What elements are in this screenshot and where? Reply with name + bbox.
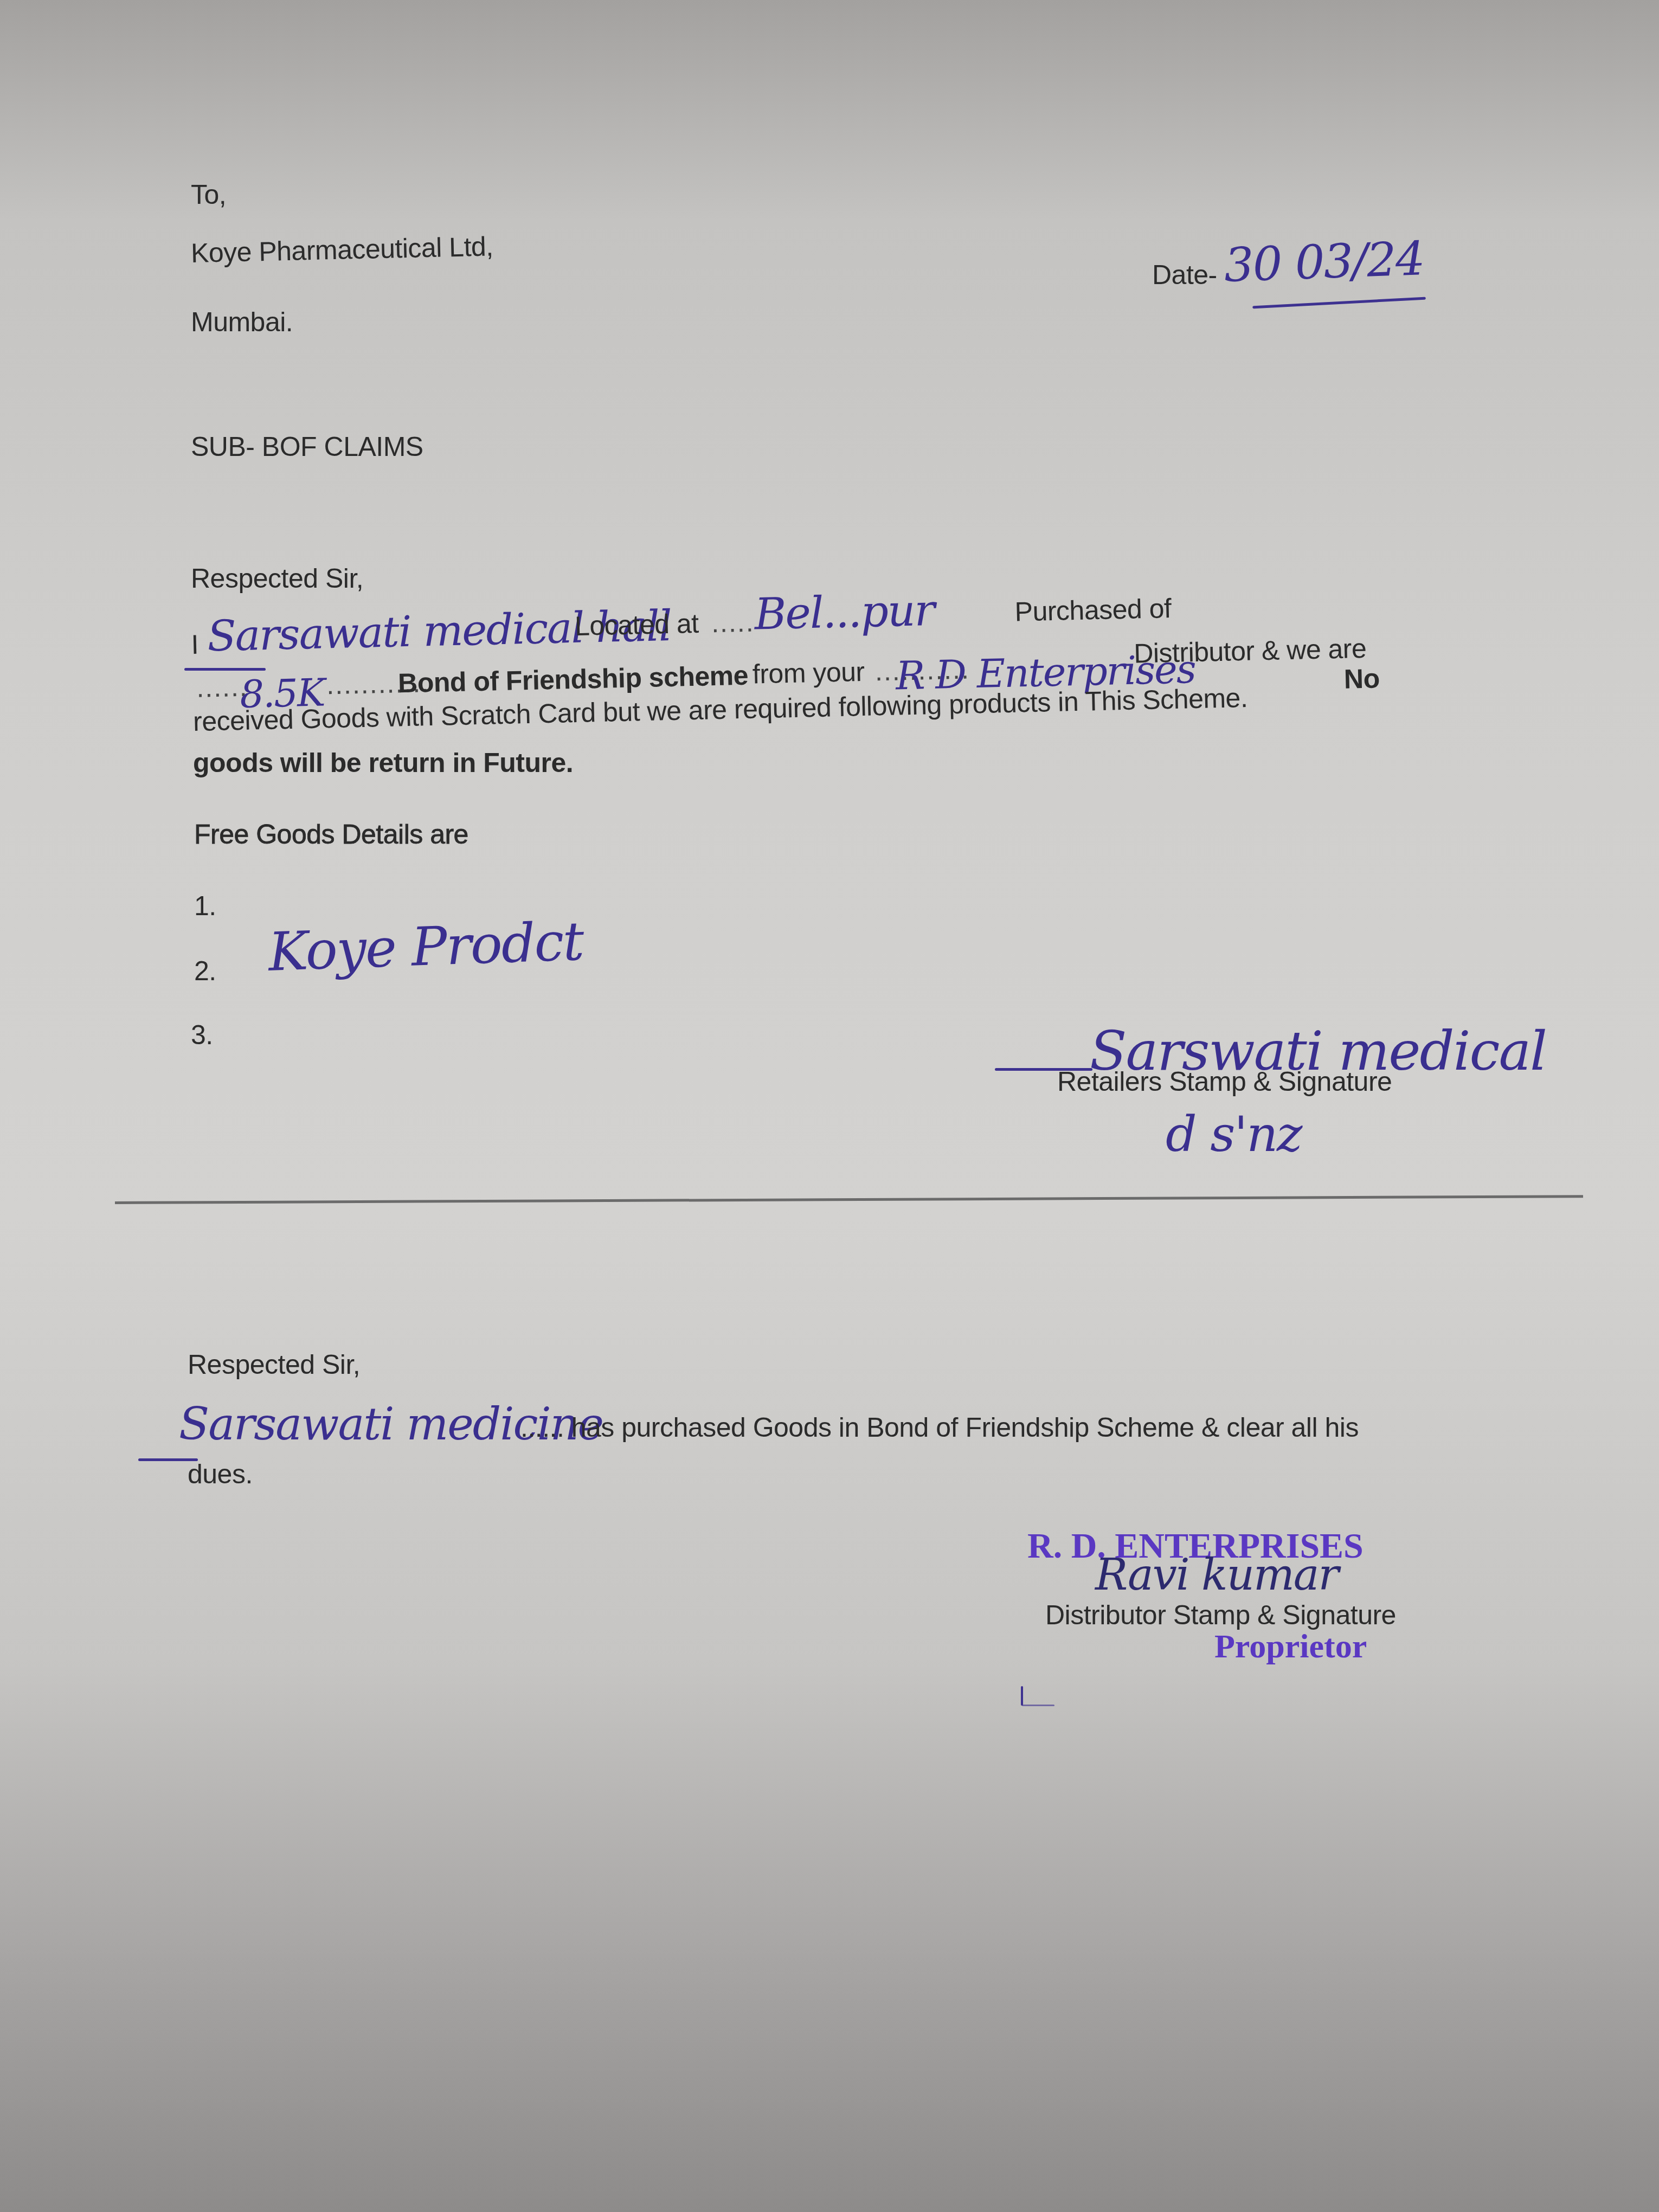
para-line-4: goods will be return in Future.	[193, 747, 573, 779]
para-line-3-no: No	[1343, 663, 1380, 695]
recipient-city: Mumbai.	[191, 306, 293, 338]
distributor-stamp-title: Proprietor	[1214, 1628, 1367, 1666]
purchased-label: Purchased of	[1014, 593, 1172, 628]
salutation-to: To,	[191, 179, 226, 210]
distributor-signature: Ravi kumar	[1095, 1549, 1338, 1600]
free-goods-item-number: 2.	[194, 955, 216, 987]
recipient-company: Koye Pharmaceutical Ltd,	[190, 230, 493, 269]
pen-mark	[1022, 1705, 1054, 1706]
location-dots: .....	[711, 606, 755, 639]
subject: SUB- BOF CLAIMS	[191, 431, 423, 462]
para-prefix: I	[191, 629, 199, 660]
distributor-sign-label: Distributor Stamp & Signature	[1045, 1599, 1396, 1631]
free-goods-item-number: 3.	[191, 1019, 213, 1051]
retailer-initials: d s'nz	[1166, 1106, 1302, 1163]
distributor-suffix: Distributor & we are	[1134, 633, 1367, 670]
claim-letter-page: To, Koye Pharmaceutical Ltd, Mumbai. Dat…	[0, 0, 1659, 2212]
free-goods-item-number: 1.	[194, 890, 216, 922]
date-underline	[1252, 297, 1426, 309]
free-goods-item-value: Koye Prodct	[267, 911, 584, 983]
retailer-sign-label: Retailers Stamp & Signature	[1057, 1066, 1392, 1097]
location-field: Bel...pur	[754, 585, 935, 639]
greeting: Respected Sir,	[191, 563, 363, 594]
located-label: Located at	[574, 608, 699, 642]
date-label: Date-	[1152, 259, 1217, 291]
pen-mark	[1021, 1686, 1023, 1706]
certificate-body-end: dues.	[188, 1458, 253, 1490]
date-value: 30 03/24	[1223, 232, 1425, 293]
certificate-body: ...... has purchased Goods in Bond of Fr…	[520, 1412, 1359, 1443]
free-goods-heading: Free Goods Details are	[194, 819, 468, 850]
certificate-greeting: Respected Sir,	[188, 1349, 360, 1380]
section-divider	[115, 1195, 1583, 1204]
